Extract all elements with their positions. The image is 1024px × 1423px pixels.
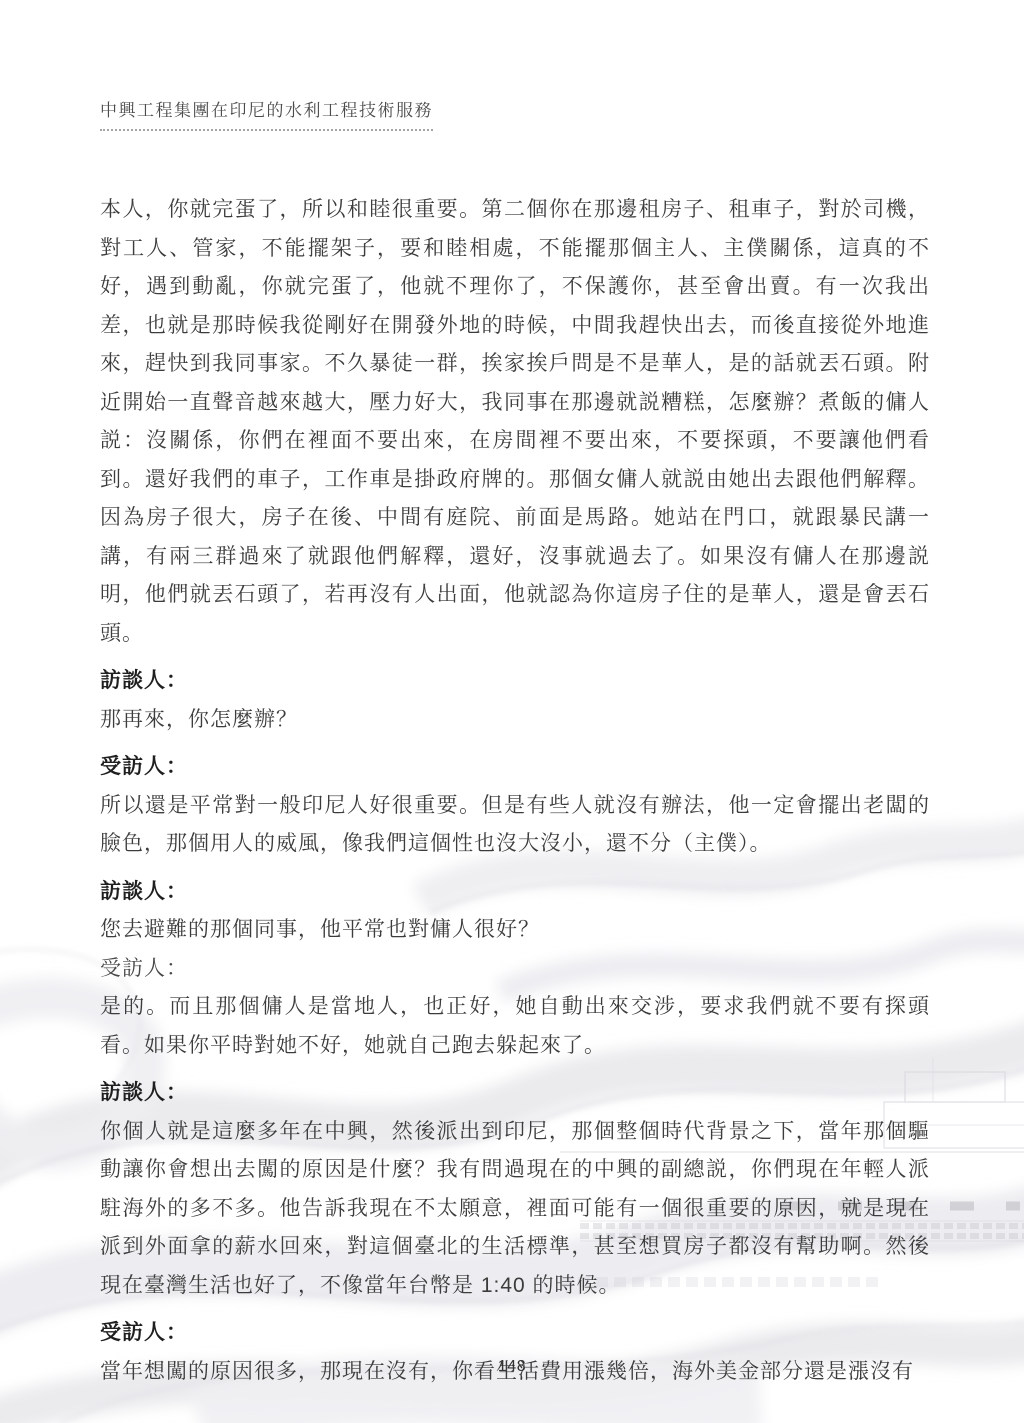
page-number: 148 — [0, 1358, 1024, 1376]
book-page: 中興工程集團在印尼的水利工程技術服務 本人，你就完蛋了，所以和睦很重要。第二個你… — [0, 0, 1024, 1423]
speaker-label: 訪談人： — [100, 662, 930, 701]
paragraph: 本人，你就完蛋了，所以和睦很重要。第二個你在那邊租房子、租車子，對於司機，對工人… — [100, 191, 930, 653]
page-header: 中興工程集團在印尼的水利工程技術服務 — [100, 96, 930, 131]
paragraph: 是的。而且那個傭人是當地人，也正好，她自動出來交涉，要求我們就不要有探頭看。如果… — [100, 988, 930, 1065]
interview-text: 本人，你就完蛋了，所以和睦很重要。第二個你在那邊租房子、租車子，對於司機，對工人… — [100, 191, 930, 1391]
speaker-label: 訪談人： — [100, 1074, 930, 1113]
speaker-label: 受訪人： — [100, 950, 930, 989]
speaker-label: 訪談人： — [100, 873, 930, 912]
paragraph: 你個人就是這麼多年在中興，然後派出到印尼，那個整個時代背景之下，當年那個驅動讓你… — [100, 1113, 930, 1306]
running-head-title: 中興工程集團在印尼的水利工程技術服務 — [100, 96, 433, 131]
page-content: 中興工程集團在印尼的水利工程技術服務 本人，你就完蛋了，所以和睦很重要。第二個你… — [0, 96, 1024, 1391]
paragraph: 您去避難的那個同事，他平常也對傭人很好？ — [100, 911, 930, 950]
speaker-label: 受訪人： — [100, 1314, 930, 1353]
speaker-label: 受訪人： — [100, 748, 930, 787]
paragraph: 那再來，你怎麼辦？ — [100, 701, 930, 740]
paragraph: 所以還是平常對一般印尼人好很重要。但是有些人就沒有辦法，他一定會擺出老闆的臉色，… — [100, 787, 930, 864]
